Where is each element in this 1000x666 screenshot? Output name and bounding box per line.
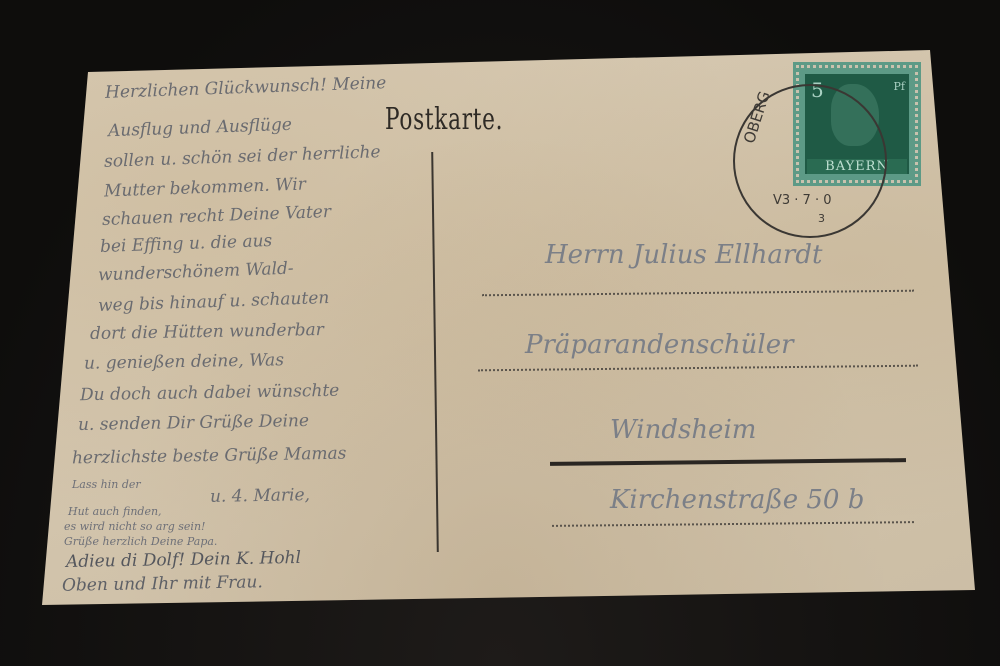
message-note: Lass hin der <box>72 478 141 491</box>
message-line: u. genießen deine, Was <box>84 350 284 373</box>
message-note: Hut auch finden, <box>68 505 162 518</box>
message-line: dort die Hütten wunderbar <box>90 320 324 344</box>
address-city: Windsheim <box>610 415 756 445</box>
address-street: Kirchenstraße 50 b <box>610 485 864 515</box>
message-line: u. senden Dir Grüße Deine <box>78 411 309 435</box>
address-occupation: Präparandenschüler <box>525 330 794 360</box>
postcard-title: Postkarte. <box>385 102 503 137</box>
message-line: u. 4. Marie, <box>210 485 310 507</box>
address-recipient: Herrn Julius Ellhardt <box>545 240 822 270</box>
signature-line: Oben und Ihr mit Frau. <box>62 572 263 596</box>
message-note: es wird nicht so arg sein! <box>64 520 205 533</box>
stamp-value-unit: Pf <box>894 80 905 93</box>
postmark-date: V3 · 7 · 0 <box>773 193 832 208</box>
postmark-line3: 3 <box>818 212 825 225</box>
signature-line: Adieu di Dolf! Dein K. Hohl <box>66 548 301 572</box>
message-note: Grüße herzlich Deine Papa. <box>64 535 217 548</box>
